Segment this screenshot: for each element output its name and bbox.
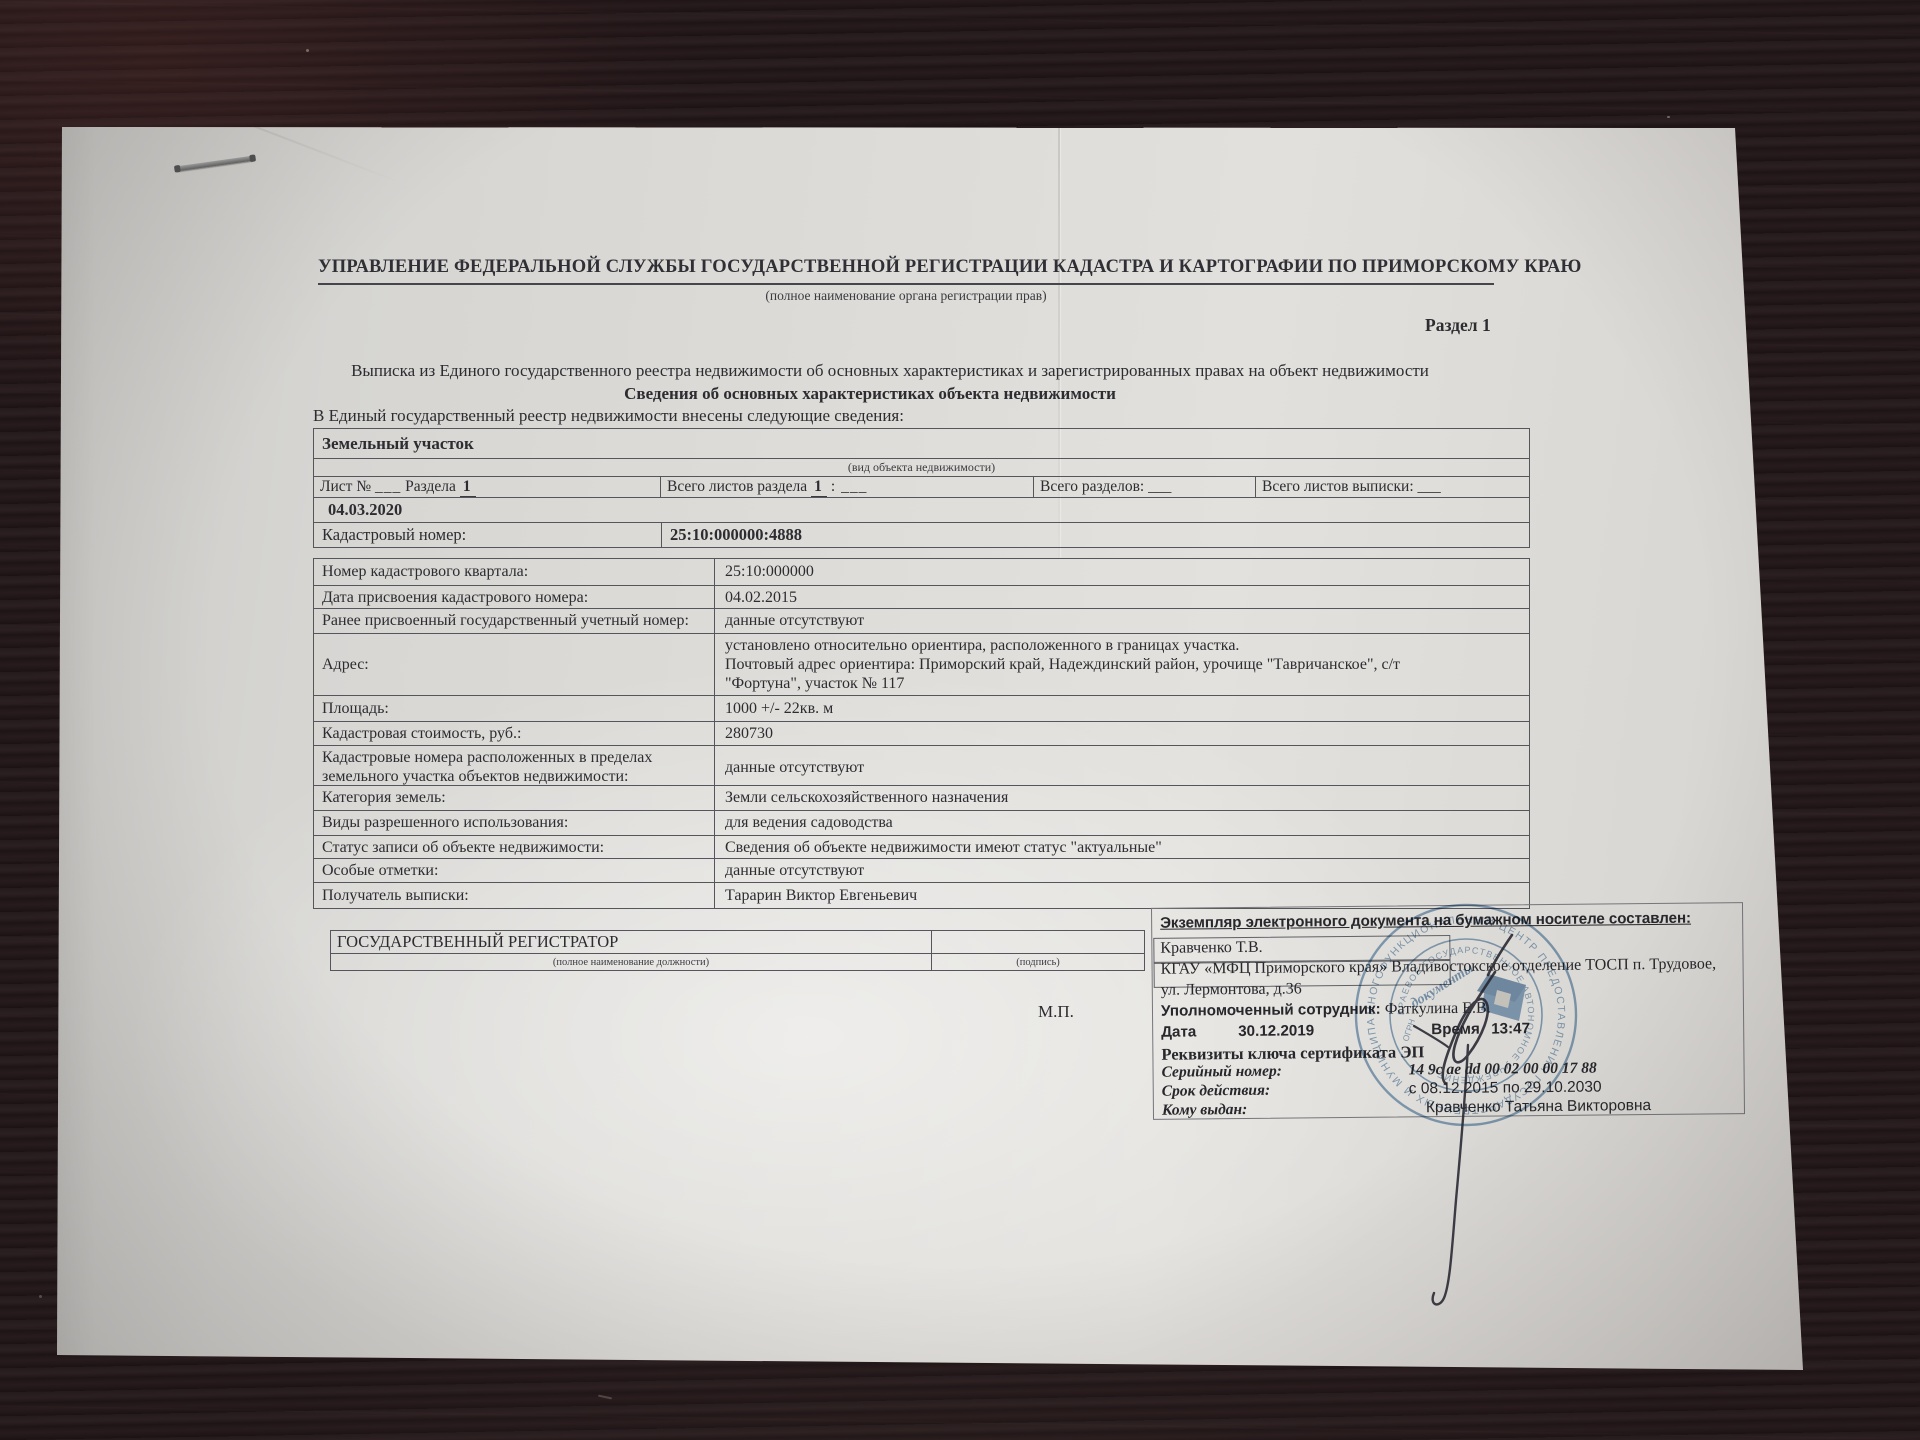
- section-number: 1: [460, 478, 476, 497]
- object-header-table: Земельный участок (вид объекта недвижимо…: [313, 428, 1530, 548]
- registrar-title: ГОСУДАРСТВЕННЫЙ РЕГИСТРАТОР: [331, 932, 931, 952]
- row-value: Тарарин Виктор Евгеньевич: [714, 883, 1529, 908]
- cert-heading: Экземпляр электронного документа на бума…: [1160, 910, 1691, 932]
- row-label: Кадастровые номера расположенных в преде…: [314, 746, 714, 788]
- registrar-signature-cell: [931, 931, 1144, 953]
- cadastral-number-label: Кадастровый номер:: [314, 525, 661, 545]
- sheet-label: Лист №: [320, 478, 371, 496]
- sheets-total-cell: Всего листов раздела 1 : ___: [661, 477, 1034, 497]
- extract-date: 04.03.2020: [314, 498, 1529, 523]
- org-title: УПРАВЛЕНИЕ ФЕДЕРАЛЬНОЙ СЛУЖБЫ ГОСУДАРСТВ…: [318, 257, 1494, 285]
- serial-label: Серийный номер:: [1161, 1063, 1282, 1081]
- row-value: 1000 +/- 22кв. м: [714, 696, 1529, 721]
- cert-date-line: Дата 30.12.2019 Время 13:47: [1161, 1023, 1196, 1040]
- employee-label: Уполномоченный сотрудник:: [1161, 1001, 1381, 1020]
- registrar-table: ГОСУДАРСТВЕННЫЙ РЕГИСТРАТОР (полное наим…: [330, 930, 1145, 971]
- sheet-cell: Лист № ___ Раздела 1: [314, 477, 661, 497]
- dust-speck: [1667, 116, 1670, 118]
- row-value: Сведения об объекте недвижимости имеют с…: [714, 836, 1529, 859]
- validity-value: с 08.12.2015 по 29.10.2030: [1409, 1079, 1602, 1099]
- table-row: Получатель выписки:Тарарин Виктор Евгень…: [314, 883, 1529, 908]
- sheet-blank: ___: [375, 478, 401, 496]
- date-label: Дата: [1161, 1023, 1196, 1040]
- table-row: Виды разрешенного использования:для веде…: [314, 811, 1529, 836]
- photo-canvas: УПРАВЛЕНИЕ ФЕДЕРАЛЬНОЙ СЛУЖБЫ ГОСУДАРСТВ…: [0, 0, 1920, 1440]
- table-row: Дата присвоения кадастрового номера:04.0…: [314, 586, 1529, 609]
- sheets-total-number: 1: [811, 478, 827, 497]
- row-label: Особые отметки:: [314, 859, 714, 882]
- sheet-info-row: Лист № ___ Раздела 1 Всего листов раздел…: [314, 477, 1529, 498]
- table-row: Номер кадастрового квартала:25:10:000000: [314, 559, 1529, 586]
- row-value: установлено относительно ориентира, расп…: [714, 634, 1529, 696]
- table-row: Особые отметки:данные отсутствуют: [314, 859, 1529, 883]
- cadastral-number-value: 25:10:000000:4888: [661, 523, 1529, 547]
- row-value: данные отсутствуют: [714, 859, 1529, 882]
- object-type-caption: (вид объекта недвижимости): [314, 459, 1529, 477]
- sheets-total-label: Всего листов раздела: [667, 478, 807, 496]
- row-label: Адрес:: [314, 653, 714, 676]
- row-label: Получатель выписки:: [314, 884, 714, 907]
- row-value: данные отсутствуют: [714, 746, 1529, 788]
- registrar-caption-row: (полное наименование должности) (подпись…: [331, 954, 1144, 970]
- table-row: Категория земель:Земли сельскохозяйствен…: [314, 786, 1529, 811]
- row-value: для ведения садоводства: [714, 811, 1529, 835]
- cadastral-number-row: Кадастровый номер: 25:10:000000:4888: [314, 523, 1529, 547]
- registrar-title-caption: (полное наименование должности): [331, 957, 931, 968]
- object-type: Земельный участок: [314, 429, 1529, 459]
- issued-value: Кравченко Татьяна Викторовна: [1426, 1097, 1651, 1117]
- section-label: Раздел 1: [1425, 315, 1491, 336]
- sections-total-cell: Всего разделов: ___: [1034, 477, 1256, 497]
- org-title-caption: (полное наименование органа регистрации …: [318, 288, 1494, 304]
- row-value: 04.02.2015: [714, 586, 1529, 609]
- dust-speck: [39, 1295, 42, 1298]
- table-row: Площадь:1000 +/- 22кв. м: [314, 696, 1529, 722]
- issued-label: Кому выдан:: [1162, 1101, 1248, 1119]
- cert-serial-line: Серийный номер: 14 9c ae dd 00 02 00 00 …: [1161, 1063, 1282, 1082]
- table-row: Кадастровая стоимость, руб.:280730: [314, 722, 1529, 746]
- cert-org-line2: ул. Лермонтова, д.36: [1161, 980, 1302, 999]
- cert-key-header: Реквизиты ключа сертификата ЭП: [1161, 1042, 1424, 1065]
- validity-label: Срок действия:: [1162, 1082, 1271, 1100]
- row-label: Дата присвоения кадастрового номера:: [314, 586, 714, 609]
- row-label: Виды разрешенного использования:: [314, 811, 714, 834]
- date-value: 30.12.2019: [1238, 1022, 1314, 1040]
- extract-sheets-total-cell: Всего листов выписки: ___: [1256, 477, 1529, 497]
- document-header: УПРАВЛЕНИЕ ФЕДЕРАЛЬНОЙ СЛУЖБЫ ГОСУДАРСТВ…: [318, 257, 1494, 304]
- time-label: Время: [1431, 1021, 1480, 1038]
- cert-operator-name: Кравченко Т.В.: [1160, 939, 1262, 958]
- table-row: Ранее присвоенный государственный учетны…: [314, 609, 1529, 634]
- row-value: Земли сельскохозяйственного назначения: [714, 786, 1529, 810]
- characteristics-table: Номер кадастрового квартала:25:10:000000…: [313, 558, 1530, 909]
- intro-line: В Единый государственный реестр недвижим…: [313, 406, 904, 426]
- row-value: 280730: [714, 722, 1529, 745]
- table-row: Адрес:установлено относительно ориентира…: [314, 634, 1529, 696]
- employee-name: Фаткулина Е.В.: [1385, 1000, 1491, 1018]
- serial-value: 14 9c ae dd 00 02 00 00 17 88: [1408, 1060, 1596, 1080]
- cert-issued-line: Кому выдан: Кравченко Татьяна Викторовна: [1162, 1101, 1248, 1120]
- row-label: Площадь:: [314, 697, 714, 720]
- extract-title: Выписка из Единого государственного реес…: [280, 361, 1500, 381]
- row-value: данные отсутствуют: [714, 609, 1529, 633]
- stamp-place-mark: М.П.: [1038, 1002, 1074, 1022]
- table-row: Статус записи об объекте недвижимости:Св…: [314, 836, 1529, 859]
- section-word: Раздела: [405, 478, 456, 496]
- row-label: Кадастровая стоимость, руб.:: [314, 722, 714, 745]
- row-value: 25:10:000000: [714, 559, 1529, 585]
- registrar-sign-caption: (подпись): [931, 954, 1144, 970]
- row-label: Ранее присвоенный государственный учетны…: [314, 609, 714, 632]
- table-row: Кадастровые номера расположенных в преде…: [314, 746, 1529, 786]
- registrar-title-row: ГОСУДАРСТВЕННЫЙ РЕГИСТРАТОР: [331, 931, 1144, 954]
- time-value: 13:47: [1491, 1020, 1530, 1037]
- cert-validity-line: Срок действия: с 08.12.2015 по 29.10.203…: [1162, 1082, 1271, 1101]
- row-label: Номер кадастрового квартала:: [314, 560, 714, 583]
- dust-speck: [306, 49, 309, 52]
- row-label: Статус записи об объекте недвижимости:: [314, 836, 714, 859]
- cert-employee-line: Уполномоченный сотрудник: Фаткулина Е.В.: [1161, 1000, 1491, 1021]
- row-label: Категория земель:: [314, 786, 714, 809]
- sheets-total-blank: : ___: [831, 478, 867, 496]
- document-paper: УПРАВЛЕНИЕ ФЕДЕРАЛЬНОЙ СЛУЖБЫ ГОСУДАРСТВ…: [0, 0, 1920, 1440]
- extract-subtitle: Сведения об основных характеристиках объ…: [250, 384, 1490, 404]
- electronic-copy-box: Экземпляр электронного документа на бума…: [1151, 902, 1745, 1120]
